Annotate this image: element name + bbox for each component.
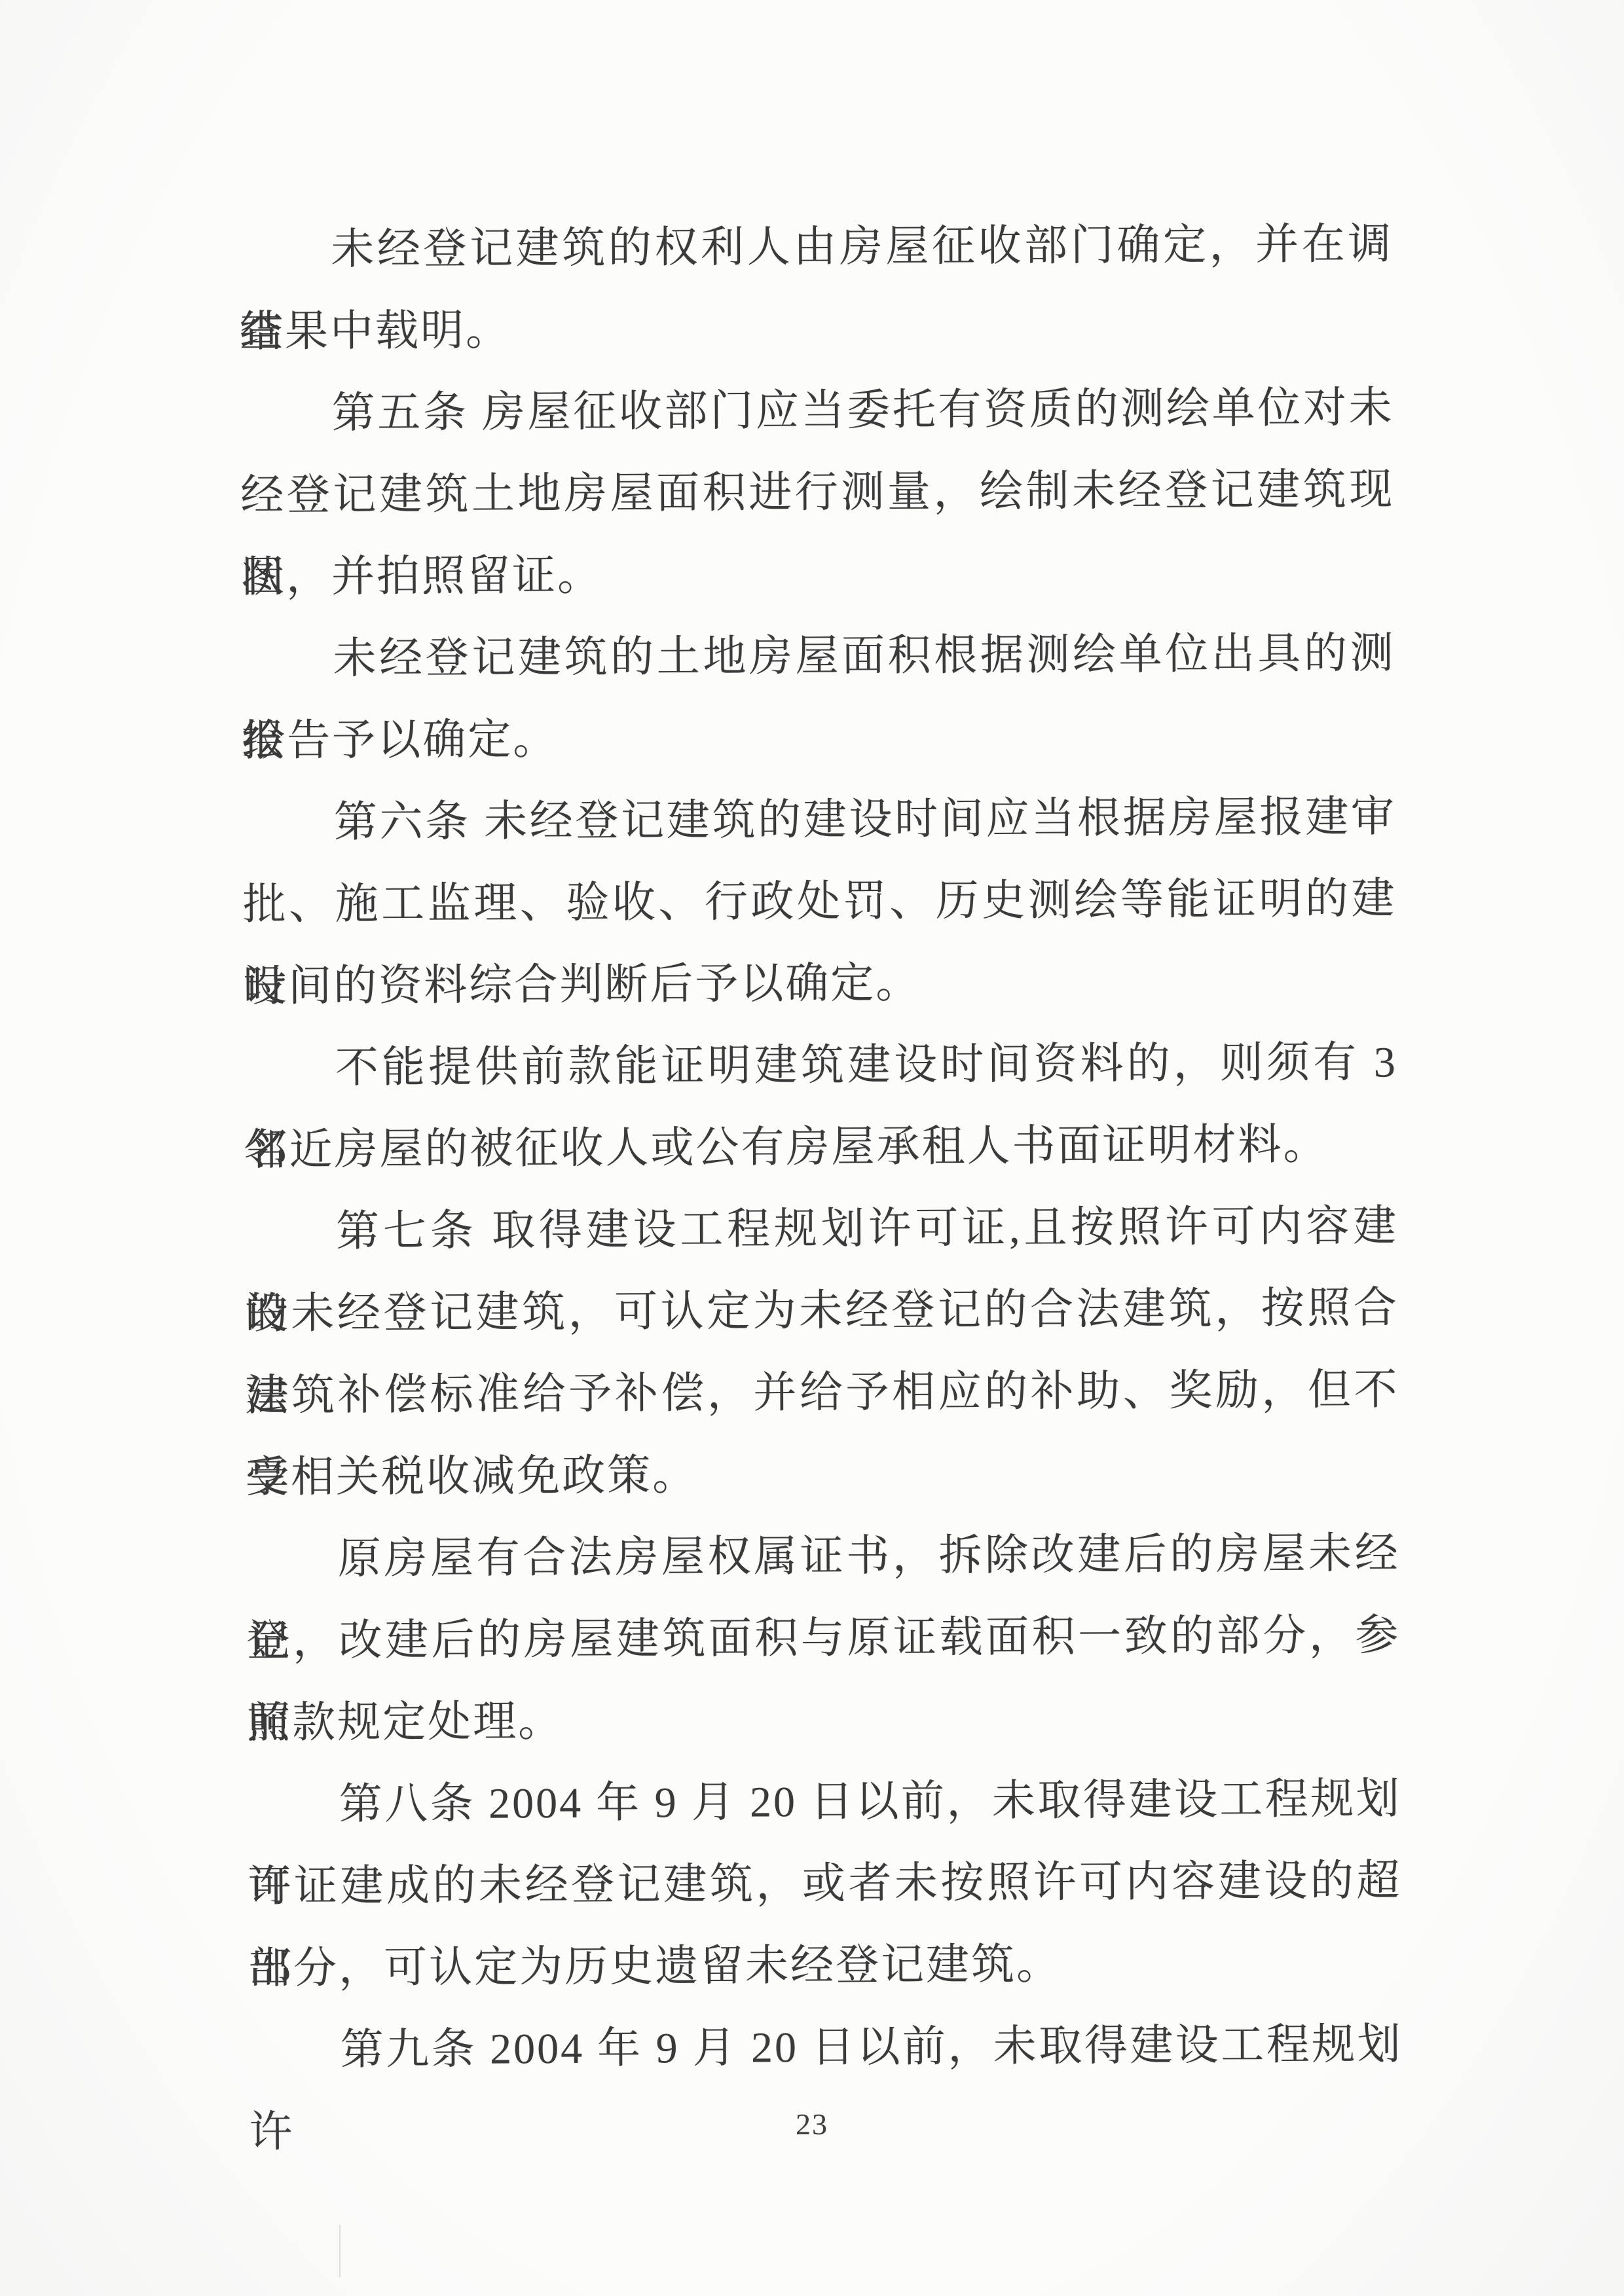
text-block: 未经登记建筑的权利人由房屋征收部门确定，并在调查结果中载明。第五条 房屋征收部门… xyxy=(239,203,1403,2091)
text-line: 不能提供前款能证明建筑建设时间资料的，则须有 3 名 xyxy=(244,1021,1398,1109)
text-line: 第九条 2004 年 9 月 20 日以前，未取得建设工程规划许 xyxy=(248,2003,1403,2091)
text-line: 未经登记建筑的土地房屋面积根据测绘单位出具的测绘 xyxy=(241,612,1395,700)
text-line: 报告予以确定。 xyxy=(242,694,1396,782)
text-line: 部分，可认定为历史遗留未经登记建筑。 xyxy=(248,1922,1403,2009)
text-line: 可证建成的未经登记建筑，或者未按照许可内容建设的超出 xyxy=(248,1840,1402,1927)
text-line: 原房屋有合法房屋权属证书，拆除改建后的房屋未经登 xyxy=(246,1512,1400,1600)
text-line: 经登记建筑土地房屋面积进行测量，绘制未经登记建筑现状 xyxy=(240,448,1395,536)
text-line: 受相关税收减免政策。 xyxy=(246,1430,1400,1518)
scan-artifact xyxy=(339,2225,341,2277)
page-number: 23 xyxy=(796,2105,828,2144)
text-line: 图，并拍照留证。 xyxy=(241,530,1395,618)
text-line: 第七条 取得建设工程规划许可证,且按照许可内容建设 xyxy=(244,1185,1399,1273)
text-line: 建筑补偿标准给予补偿，并给予相应的补助、奖励，但不享 xyxy=(245,1349,1399,1436)
text-line: 第六条 未经登记建筑的建设时间应当根据房屋报建审 xyxy=(242,776,1397,864)
text-line: 批、施工监理、验收、行政处罚、历史测绘等能证明的建设 xyxy=(242,858,1397,945)
text-line: 第八条 2004 年 9 月 20 日以前，未取得建设工程规划许 xyxy=(247,1758,1401,1846)
text-line: 邻近房屋的被征收人或公有房屋承租人书面证明材料。 xyxy=(244,1103,1398,1191)
text-line: 第五条 房屋征收部门应当委托有资质的测绘单位对未 xyxy=(240,367,1394,454)
text-line: 记，改建后的房屋建筑面积与原证载面积一致的部分，参照 xyxy=(246,1594,1401,1682)
document-page: 未经登记建筑的权利人由房屋征收部门确定，并在调查结果中载明。第五条 房屋征收部门… xyxy=(0,0,1624,2296)
page-footer: 23 xyxy=(0,2105,1624,2144)
text-line: 结果中载明。 xyxy=(240,285,1394,373)
text-line: 未经登记建筑的权利人由房屋征收部门确定，并在调查 xyxy=(239,203,1393,291)
text-line: 时间的资料综合判断后予以确定。 xyxy=(243,939,1397,1027)
text-line: 的未经登记建筑，可认定为未经登记的合法建筑，按照合法 xyxy=(245,1267,1399,1355)
text-line: 前款规定处理。 xyxy=(247,1676,1401,1764)
